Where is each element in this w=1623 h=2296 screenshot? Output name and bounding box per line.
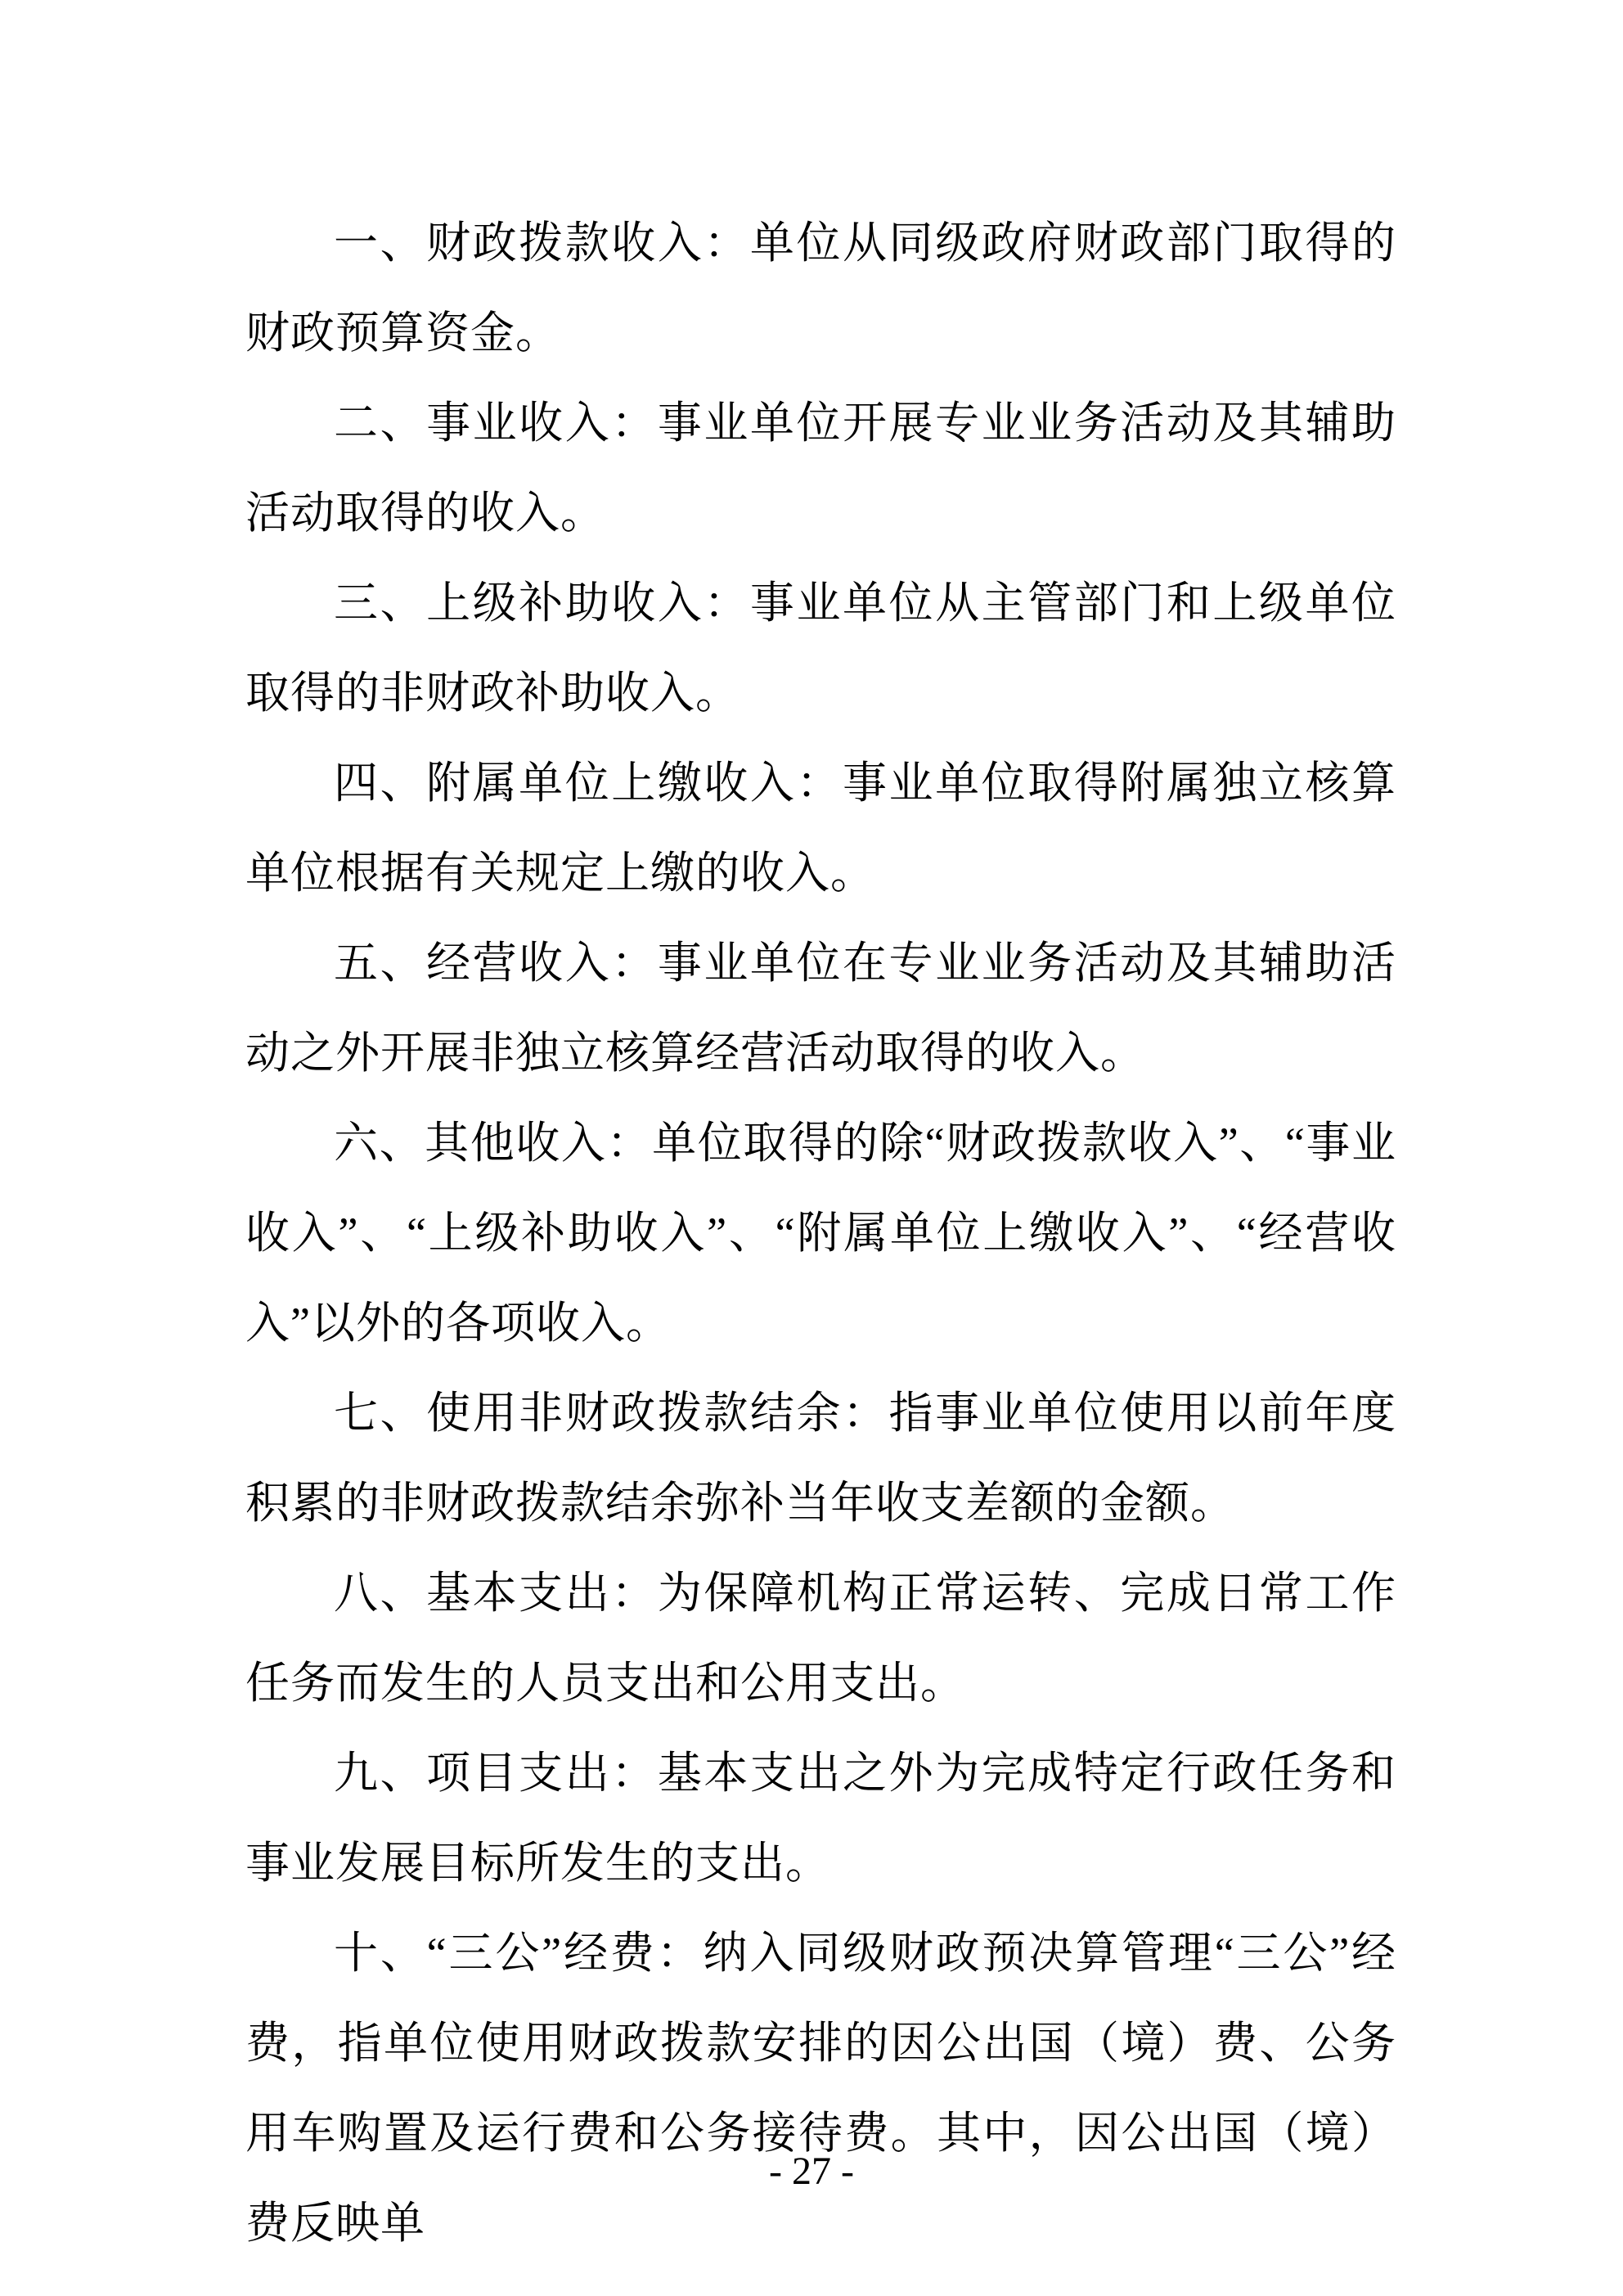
paragraph-6-qita-shouru: 六、其他收入：单位取得的除“财政拨款收入”、“事业收入”、“上级补助收入”、“附… [245, 1098, 1396, 1368]
document-body: 一、财政拨款收入：单位从同级政府财政部门取得的财政预算资金。 二、事业收入：事业… [245, 198, 1396, 2268]
paragraph-1-caizheng-bokuan-shouru: 一、财政拨款收入：单位从同级政府财政部门取得的财政预算资金。 [245, 198, 1396, 378]
page-number: - 27 - [0, 2147, 1623, 2196]
paragraph-5-jingying-shouru: 五、经营收入：事业单位在专业业务活动及其辅助活动之外开展非独立核算经营活动取得的… [245, 918, 1396, 1098]
paragraph-10-sangong-jingfei: 十、“三公”经费：纳入同级财政预决算管理“三公”经费，指单位使用财政拨款安排的因… [245, 1908, 1396, 2268]
document-page: 一、财政拨款收入：单位从同级政府财政部门取得的财政预算资金。 二、事业收入：事业… [0, 0, 1623, 2296]
paragraph-4-fushu-danwei-shangjiao-shouru: 四、附属单位上缴收入：事业单位取得附属独立核算单位根据有关规定上缴的收入。 [245, 738, 1396, 918]
paragraph-2-shiye-shouru: 二、事业收入：事业单位开展专业业务活动及其辅助活动取得的收入。 [245, 378, 1396, 558]
paragraph-8-jiben-zhichu: 八、基本支出：为保障机构正常运转、完成日常工作任务而发生的人员支出和公用支出。 [245, 1548, 1396, 1728]
paragraph-3-shangji-buzhu-shouru: 三、上级补助收入：事业单位从主管部门和上级单位取得的非财政补助收入。 [245, 558, 1396, 738]
paragraph-9-xiangmu-zhichu: 九、项目支出：基本支出之外为完成特定行政任务和事业发展目标所发生的支出。 [245, 1728, 1396, 1908]
paragraph-7-shiyong-feicaizheng-bokuan-jieyu: 七、使用非财政拨款结余：指事业单位使用以前年度积累的非财政拨款结余弥补当年收支差… [245, 1368, 1396, 1548]
